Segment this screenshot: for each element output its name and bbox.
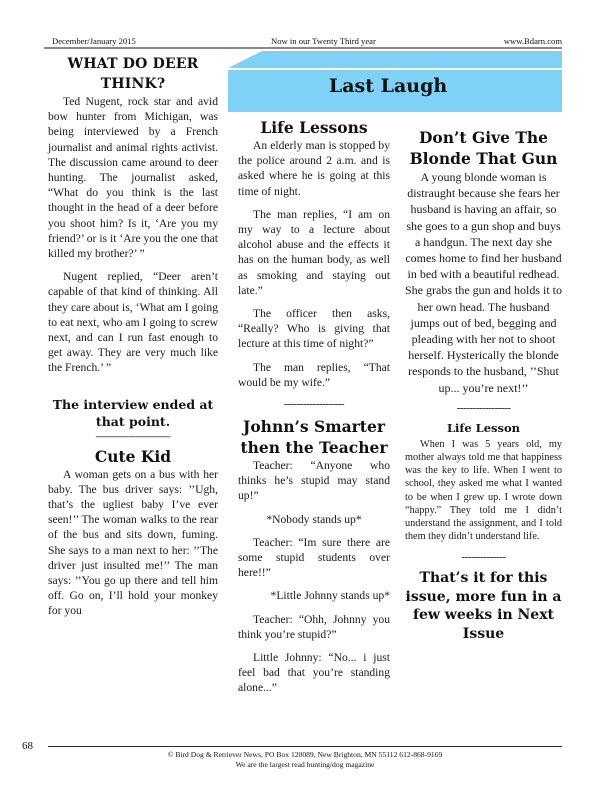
footer-copyright: © Bird Dog & Retriever News, PO Box 1200… bbox=[48, 750, 562, 760]
column-blonde-article: Don’t Give The Blonde That Gun A young b… bbox=[405, 127, 562, 643]
article-heading-johnny: Johnn’s Smarter then the Teacher bbox=[238, 416, 390, 458]
banner-title: Last Laugh bbox=[288, 75, 488, 97]
header-divider bbox=[44, 47, 562, 49]
section-divider: ------------------- bbox=[238, 398, 390, 410]
banner-tab bbox=[228, 51, 562, 68]
section-divider: ------------------------------ bbox=[48, 430, 218, 442]
article-paragraph: A woman gets on a bus with her baby. The… bbox=[48, 467, 218, 619]
article-paragraph: *Nobody stands up* bbox=[238, 512, 390, 527]
column-life-lessons: Life Lessons An elderly man is stopped b… bbox=[238, 117, 390, 704]
column-deer-article: WHAT DO DEER THINK? Ted Nugent, rock sta… bbox=[48, 54, 218, 627]
article-closing-line: The interview ended at that point. bbox=[48, 396, 218, 430]
footer-slogan: We are the largest read hunting/dog maga… bbox=[48, 760, 562, 770]
article-paragraph: Nugent replied, “Deer aren’t capable of … bbox=[48, 269, 218, 375]
page-number: 68 bbox=[22, 740, 33, 752]
article-paragraph: An elderly man is stopped by the police … bbox=[238, 138, 390, 199]
issue-closing-note: That’s it for this issue, more fun in a … bbox=[405, 569, 562, 643]
article-paragraph: The man replies, “That would be my wife.… bbox=[238, 360, 390, 390]
section-divider: ----------------- bbox=[405, 402, 562, 414]
article-paragraph: Teacher: “Anyone who thinks he’s stupid … bbox=[238, 458, 390, 504]
article-heading-life-lesson: Life Lesson bbox=[405, 420, 562, 436]
page-footer: © Bird Dog & Retriever News, PO Box 1200… bbox=[48, 750, 562, 770]
tagline: Now in our Twenty Third year bbox=[271, 36, 376, 46]
article-heading-cute-kid: Cute Kid bbox=[48, 446, 218, 467]
website-link[interactable]: www.Bdarn.com bbox=[504, 36, 562, 46]
article-heading-blonde: Don’t Give The Blonde That Gun bbox=[405, 127, 562, 169]
issue-date: December/January 2015 bbox=[52, 36, 136, 46]
article-paragraph: Teacher: “Im sure there are some stupid … bbox=[238, 535, 390, 581]
footer-divider bbox=[48, 746, 562, 747]
article-paragraph: Little Johnny: “No... i just feel bad th… bbox=[238, 650, 390, 696]
section-divider: -------------- bbox=[405, 551, 562, 563]
article-paragraph: The man replies, “I am on my way to a le… bbox=[238, 207, 390, 298]
section-banner: Last Laugh bbox=[228, 51, 562, 112]
article-paragraph: Teacher: “Ohh, Johnny you think you’re s… bbox=[238, 612, 390, 642]
article-heading-deer: WHAT DO DEER THINK? bbox=[48, 54, 218, 94]
article-paragraph: Ted Nugent, rock star and avid bow hunte… bbox=[48, 94, 218, 261]
article-paragraph: *Little Johnny stands up* bbox=[238, 588, 390, 603]
article-paragraph: The officer then asks, “Really? Who is g… bbox=[238, 306, 390, 352]
article-paragraph: When I was 5 years old, my mother always… bbox=[405, 438, 562, 544]
article-heading-life-lessons: Life Lessons bbox=[238, 117, 390, 138]
article-paragraph: A young blonde woman is distraught becau… bbox=[405, 169, 562, 396]
